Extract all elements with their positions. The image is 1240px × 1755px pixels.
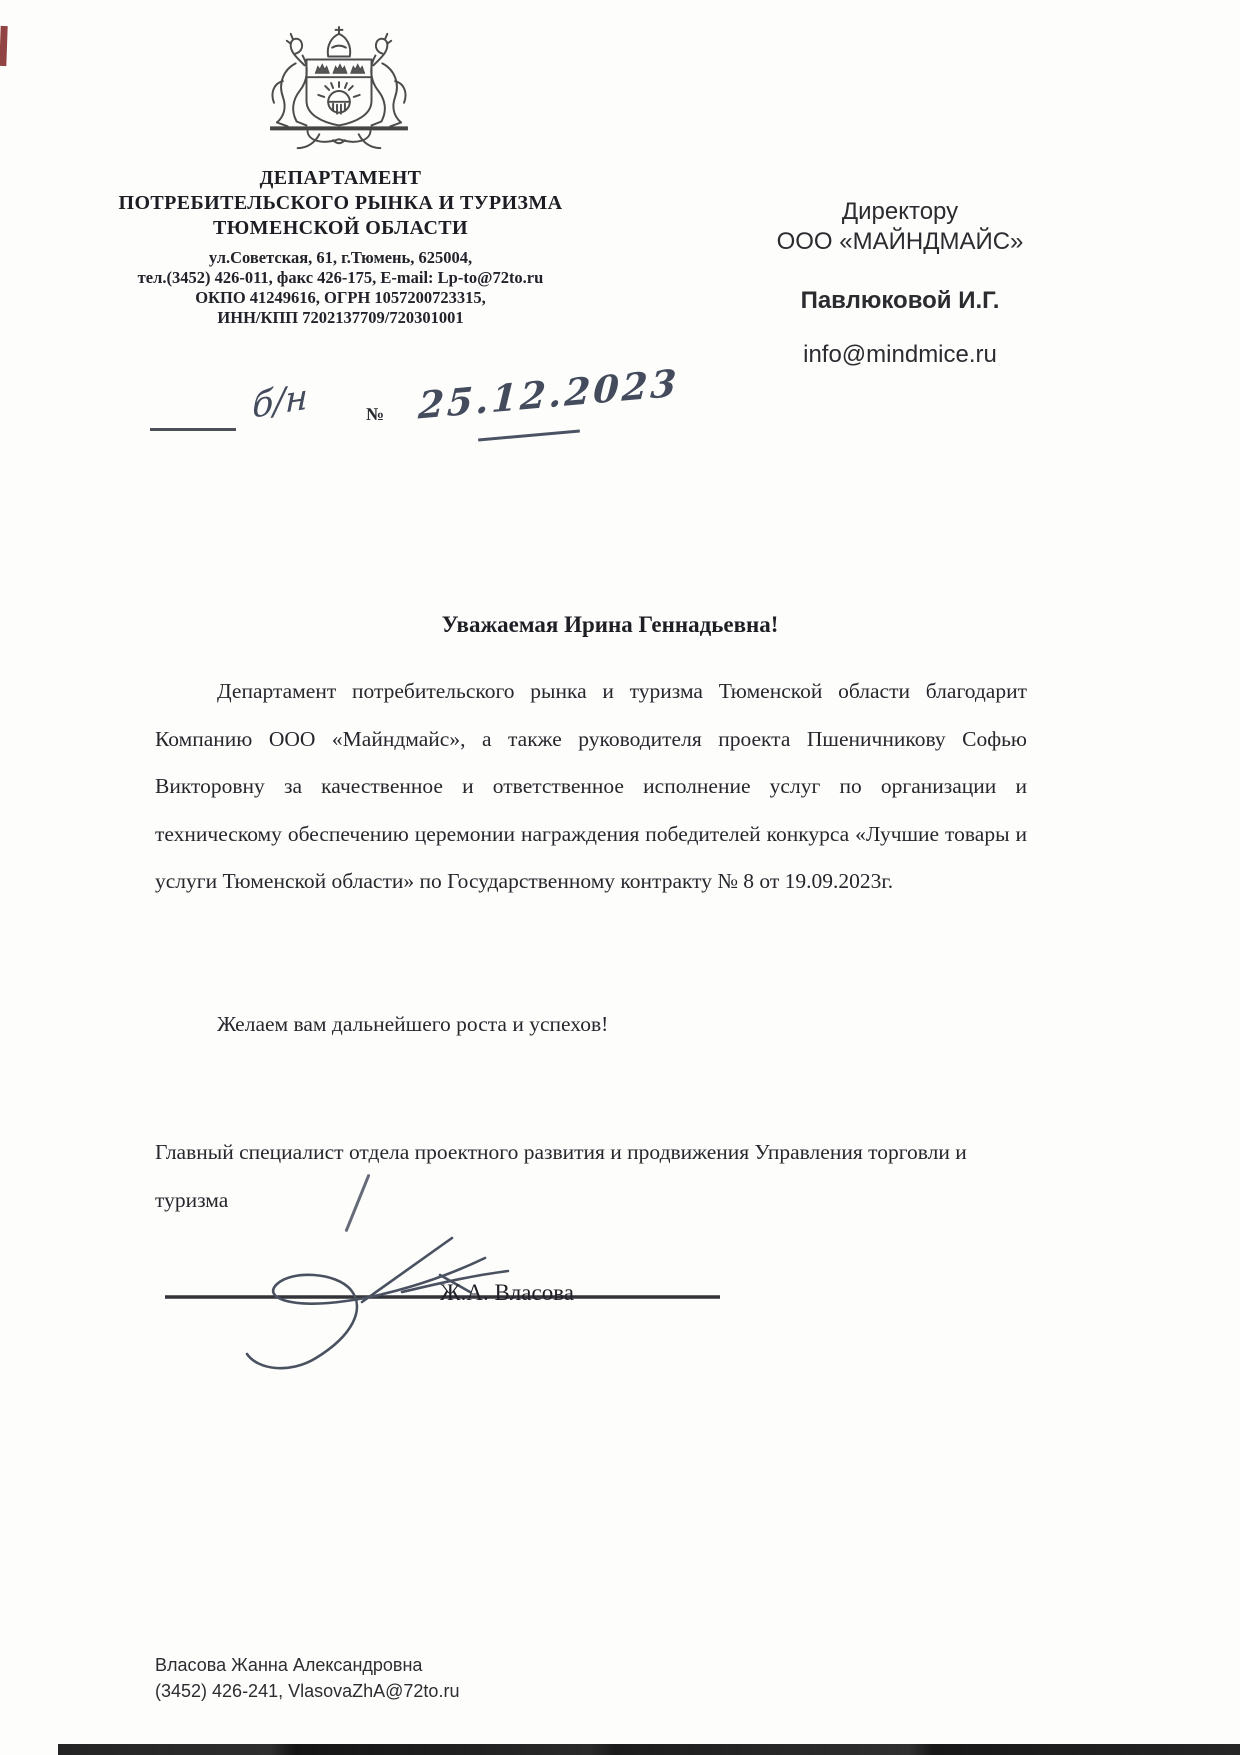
outgoing-number-handwritten: б/н <box>252 377 308 426</box>
scan-artifact-bottom-bar <box>58 1744 1240 1755</box>
left-sable-supporter-icon <box>272 34 306 127</box>
base-ribbon-icon <box>270 128 408 148</box>
shield-icon <box>307 59 372 125</box>
number-sign: № <box>366 404 384 425</box>
executor-contact-block: Власова Жанна Александровна (3452) 426-2… <box>155 1652 459 1704</box>
crown-icon <box>328 27 350 57</box>
org-address-line: ул.Советская, 61, г.Тюмень, 625004, <box>88 248 593 268</box>
org-name: ДЕПАРТАМЕНТ ПОТРЕБИТЕЛЬСКОГО РЫНКА И ТУР… <box>88 166 593 241</box>
org-inn-kpp-line: ИНН/КПП 7202137709/720301001 <box>88 308 593 328</box>
recipient-email: info@mindmice.ru <box>700 341 1100 369</box>
org-name-line-1: ДЕПАРТАМЕНТ <box>88 166 593 191</box>
tyumen-coat-of-arms-emblem <box>250 24 428 154</box>
signer-position-title: Главный специалист отдела проектного раз… <box>155 1128 1033 1224</box>
recipient-company: ООО «МАЙНДМАЙС» <box>700 228 1100 256</box>
org-okpo-ogrn-line: ОКПО 41249616, ОГРН 1057200723315, <box>88 288 593 308</box>
body-paragraph-2: Желаем вам дальнейшего роста и успехов! <box>155 1001 1027 1049</box>
org-contacts: ул.Советская, 61, г.Тюмень, 625004, тел.… <box>88 248 593 328</box>
date-underline-stroke <box>478 430 580 442</box>
recipient-name: Павлюковой И.Г. <box>700 287 1100 315</box>
org-name-line-2: ПОТРЕБИТЕЛЬСКОГО РЫНКА И ТУРИЗМА <box>88 191 593 216</box>
letterhead: ДЕПАРТАМЕНТ ПОТРЕБИТЕЛЬСКОГО РЫНКА И ТУР… <box>88 166 593 328</box>
scanned-letter-page: ДЕПАРТАМЕНТ ПОТРЕБИТЕЛЬСКОГО РЫНКА И ТУР… <box>0 0 1240 1755</box>
recipient-title: Директору <box>700 198 1100 226</box>
executor-name: Власова Жанна Александровна <box>155 1652 459 1678</box>
date-handwritten: 25.12.2023 <box>417 360 680 427</box>
scan-artifact-red-mark <box>0 26 8 66</box>
reference-blank-underline <box>150 428 236 431</box>
org-phone-email-line: тел.(3452) 426-011, факс 426-175, E-mail… <box>88 268 593 288</box>
salutation: Уважаемая Ирина Геннадьевна! <box>170 612 1050 638</box>
right-sable-supporter-icon <box>371 34 405 127</box>
org-name-line-3: ТЮМЕНСКОЙ ОБЛАСТИ <box>88 216 593 241</box>
body-paragraph-1: Департамент потребительского рынка и тур… <box>155 668 1027 906</box>
handwritten-signature <box>140 1230 720 1380</box>
signer-name: Ж.А. Власова <box>440 1280 574 1306</box>
executor-phone-email: (3452) 426-241, VlasovaZhA@72to.ru <box>155 1678 459 1704</box>
